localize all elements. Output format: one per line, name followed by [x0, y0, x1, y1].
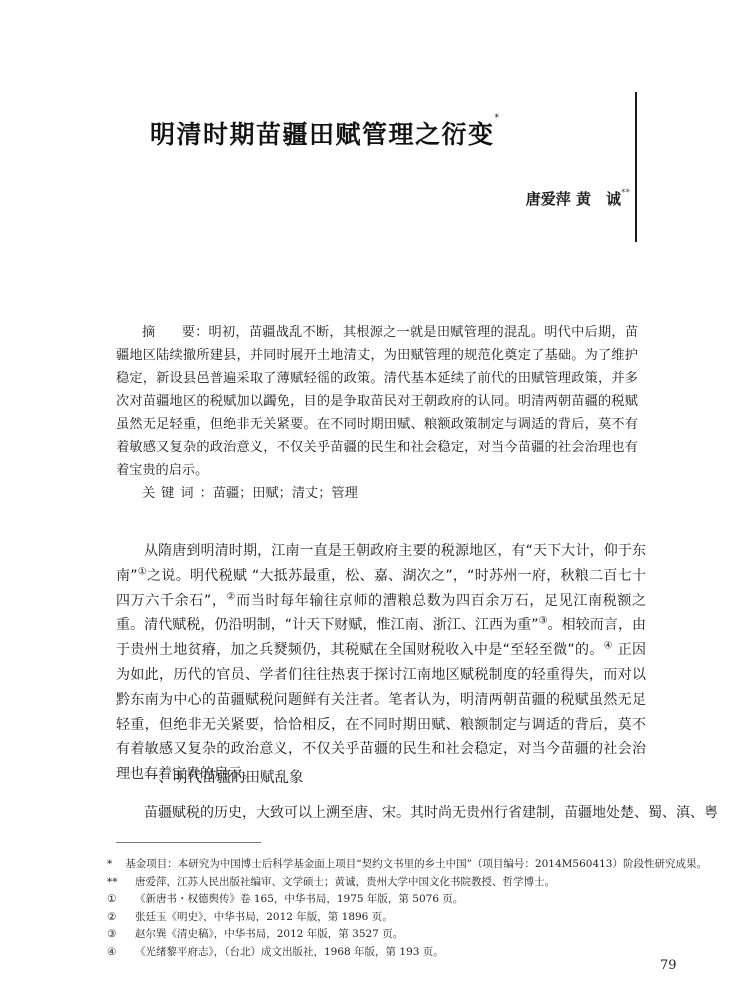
footnote-item: ③赵尔巽《清史稿》，中华书局，2012 年版，第 3527 页。 [107, 926, 707, 944]
footnote-item: **唐爱萍，江苏人民出版社编审、文学硕士；黄诚，贵州大学中国文化书院教授、哲学博… [107, 874, 707, 892]
section-paragraph: 苗疆赋税的历史，大致可以上溯至唐、宋。其时尚无贵州行省建制，苗疆地处楚、蜀、滇、… [116, 801, 646, 825]
footnote-ref-2[interactable]: ② [227, 591, 237, 602]
article-title: 明清时期苗疆田赋管理之衍变* [150, 115, 630, 151]
text-segment: 正因为如此，历代的官员、学者们往往热衷于探讨江南地区赋税制度的轻重得失，而对以黔… [116, 642, 646, 782]
vertical-rule [635, 92, 637, 242]
keywords-separator: ： [200, 486, 213, 501]
footnote-mark: ② [107, 909, 135, 927]
abstract-label-left: 摘 [142, 325, 155, 340]
footnote-text: 赵尔巽《清史稿》，中华书局，2012 年版，第 3527 页。 [135, 926, 403, 944]
section-heading: 一、明代苗疆的田赋乱象 [116, 766, 304, 787]
footnotes: *基金项目：本研究为中国博士后科学基金面上项目“契约文书里的乡土中国”（项目编号… [107, 856, 707, 962]
keywords-label: 关键词 [142, 486, 200, 501]
footnote-text: 《新唐书・权德舆传》卷 165，中华书局，1975 年版，第 5076 页。 [135, 891, 463, 909]
abstract-text: 明初，苗疆战乱不断，其根源之一就是田赋管理的混乱。明代中后期，苗疆地区陆续撤所建… [116, 325, 638, 478]
footnote-divider [116, 842, 261, 843]
keywords-line: 关键词：苗疆；田赋；清丈；管理 [116, 482, 638, 505]
footnote-item: ④《光绪黎平府志》，（台北）成文出版社，1968 年版，第 193 页。 [107, 944, 707, 962]
footnote-mark: ① [107, 891, 135, 909]
footnote-item: ②张廷玉《明史》，中华书局，2012 年版，第 1896 页。 [107, 909, 707, 927]
article-authors: 唐爱萍 黄 诚** [470, 188, 630, 209]
keywords-text: 苗疆；田赋；清丈；管理 [213, 486, 358, 501]
footnote-ref-4[interactable]: ④ [604, 641, 613, 652]
footnote-item: ①《新唐书・权德舆传》卷 165，中华书局，1975 年版，第 5076 页。 [107, 891, 707, 909]
abstract-label: 摘要： [142, 325, 209, 340]
abstract-label-right: 要： [181, 325, 208, 340]
footnote-ref-3[interactable]: ③ [539, 616, 548, 627]
title-text: 明清时期苗疆田赋管理之衍变 [150, 120, 495, 149]
footnote-mark: ③ [107, 926, 135, 944]
footnote-text: 基金项目：本研究为中国博士后科学基金面上项目“契约文书里的乡土中国”（项目编号：… [125, 856, 707, 874]
footnote-item: *基金项目：本研究为中国博士后科学基金面上项目“契约文书里的乡土中国”（项目编号… [107, 856, 707, 874]
footnote-text: 唐爱萍，江苏人民出版社编审、文学硕士；黄诚，贵州大学中国文化书院教授、哲学博士。 [135, 874, 555, 892]
footnote-mark: * [107, 856, 125, 874]
footnote-text: 张廷玉《明史》，中华书局，2012 年版，第 1896 页。 [135, 909, 393, 927]
body-text: 从隋唐到明清时期，江南一直是王朝政府主要的税源地区，有“天下大计，仰于东南”①之… [116, 539, 646, 787]
page-number: 79 [660, 958, 677, 973]
footnote-mark: ④ [107, 944, 135, 962]
footnote-mark: ** [107, 874, 135, 892]
authors-footnote-mark[interactable]: ** [621, 188, 630, 198]
title-footnote-mark[interactable]: * [495, 113, 501, 123]
abstract-block: 摘要：明初，苗疆战乱不断，其根源之一就是田赋管理的混乱。明代中后期，苗疆地区陆续… [116, 321, 638, 505]
abstract-paragraph: 摘要：明初，苗疆战乱不断，其根源之一就是田赋管理的混乱。明代中后期，苗疆地区陆续… [116, 321, 638, 482]
authors-text: 唐爱萍 黄 诚 [526, 190, 621, 208]
footnote-text: 《光绪黎平府志》，（台北）成文出版社，1968 年版，第 193 页。 [135, 944, 444, 962]
footnote-ref-1[interactable]: ① [138, 566, 148, 577]
body-paragraph-1: 从隋唐到明清时期，江南一直是王朝政府主要的税源地区，有“天下大计，仰于东南”①之… [116, 539, 646, 787]
